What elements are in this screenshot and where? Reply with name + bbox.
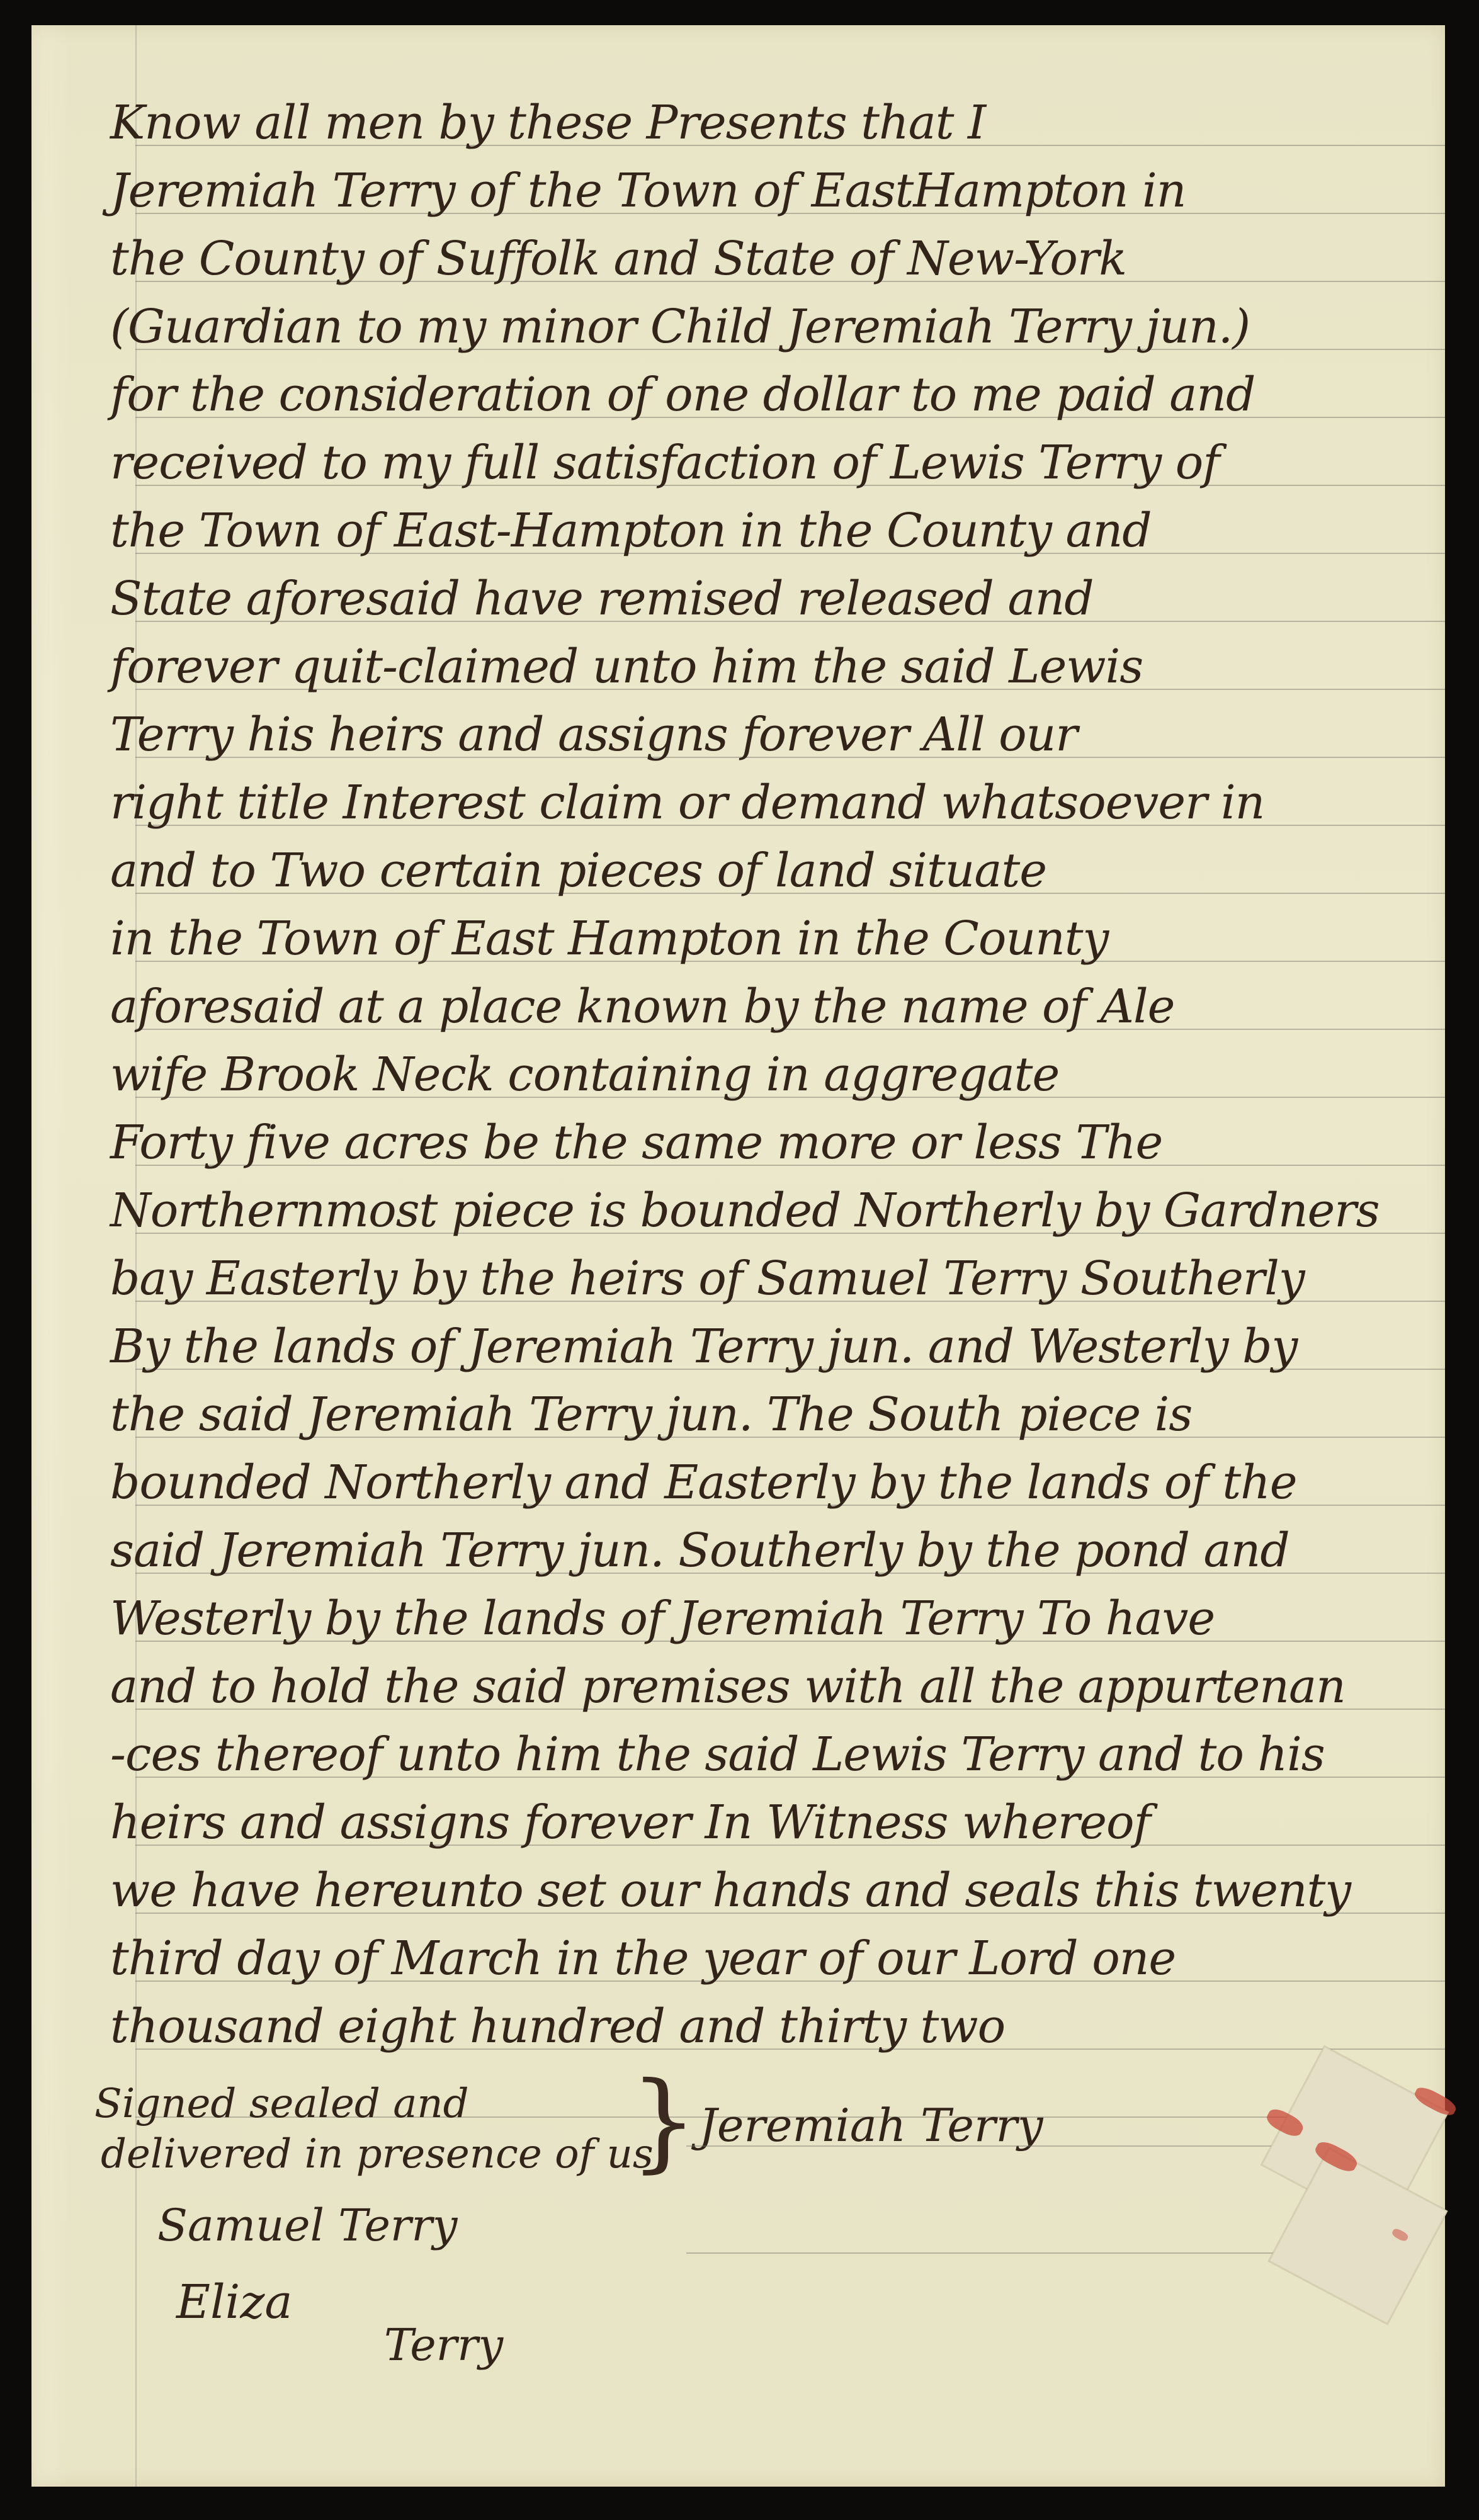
deed-line: for the consideration of one dollar to m… <box>110 371 1255 418</box>
attestation-line-1: Signed sealed and <box>94 2084 469 2124</box>
deed-line: wife Brook Neck containing in aggregate <box>110 1051 1059 1098</box>
deed-line: By the lands of Jeremiah Terry jun. and … <box>110 1323 1297 1370</box>
witness-signature-terry: Terry <box>384 2323 503 2367</box>
deed-line: the County of Suffolk and State of New-Y… <box>110 235 1126 282</box>
deed-line: bounded Northerly and Easterly by the la… <box>110 1459 1297 1506</box>
deed-line: the Town of East-Hampton in the County a… <box>110 507 1152 554</box>
deed-line: (Guardian to my minor Child Jeremiah Ter… <box>110 303 1250 350</box>
attestation-brace: } <box>630 2068 698 2175</box>
deed-line: said Jeremiah Terry jun. Southerly by th… <box>110 1527 1289 1574</box>
deed-line: heirs and assigns forever In Witness whe… <box>110 1799 1150 1846</box>
deed-line: the said Jeremiah Terry jun. The South p… <box>110 1391 1192 1438</box>
deed-line: and to Two certain pieces of land situat… <box>110 847 1046 894</box>
witness-signature-samuel-terry: Samuel Terry <box>157 2203 457 2247</box>
deed-line: forever quit-claimed unto him the said L… <box>110 643 1143 690</box>
deed-line: received to my full satisfaction of Lewi… <box>110 439 1220 486</box>
deed-line: thousand eight hundred and thirty two <box>110 2003 1005 2050</box>
deed-line: right title Interest claim or demand wha… <box>110 779 1264 826</box>
deed-line: Jeremiah Terry of the Town of EastHampto… <box>110 167 1186 214</box>
signature-rule <box>686 2145 1284 2147</box>
deed-line: -ces thereof unto him the said Lewis Ter… <box>110 1731 1325 1778</box>
deed-line: Terry his heirs and assigns forever All … <box>110 711 1077 758</box>
deed-line: third day of March in the year of our Lo… <box>110 1935 1176 1982</box>
deed-line: we have hereunto set our hands and seals… <box>110 1867 1351 1914</box>
deed-line: State aforesaid have remised released an… <box>110 575 1094 622</box>
deed-line: Know all men by these Presents that I <box>110 99 985 146</box>
witness-signature-eliza: Eliza <box>176 2279 292 2325</box>
deed-line: bay Easterly by the heirs of Samuel Terr… <box>110 1255 1305 1302</box>
deed-line: in the Town of East Hampton in the Count… <box>110 915 1108 962</box>
deed-line: aforesaid at a place known by the name o… <box>110 983 1174 1030</box>
attestation-line-2: delivered in presence of us <box>101 2134 654 2174</box>
deed-line: Westerly by the lands of Jeremiah Terry … <box>110 1595 1215 1642</box>
deed-line: Forty five acres be the same more or les… <box>110 1119 1162 1166</box>
deed-line: Northernmost piece is bounded Northerly … <box>110 1187 1380 1234</box>
deed-line: and to hold the said premises with all t… <box>110 1663 1346 1710</box>
signature-rule <box>686 2252 1284 2254</box>
grantor-signature: Jeremiah Terry <box>699 2103 1043 2148</box>
